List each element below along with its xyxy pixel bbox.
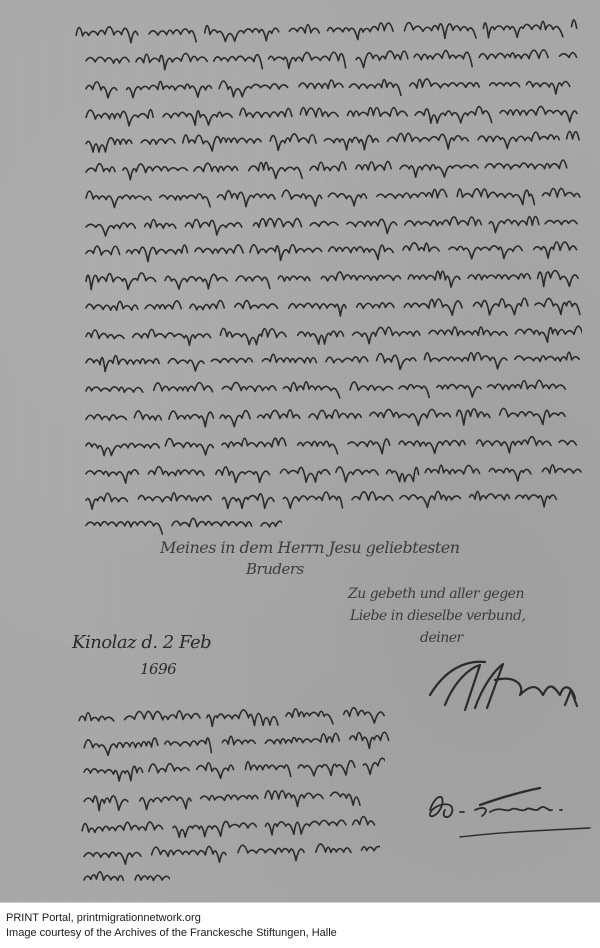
- handwriting-line: [82, 260, 582, 289]
- closing-line-4: Liebe in dieselbe verbund,: [350, 608, 525, 624]
- handwriting-line: [82, 39, 582, 70]
- signature-flourish: [425, 650, 585, 720]
- handwriting-line: [80, 833, 380, 865]
- handwriting-line: [82, 508, 282, 534]
- handwriting-line: [82, 68, 582, 98]
- handwriting-line: [80, 862, 170, 888]
- image-caption: PRINT Portal, printmigrationnetwork.org …: [6, 911, 337, 941]
- handwriting-line: [82, 426, 582, 455]
- handwriting-line: [82, 370, 582, 399]
- handwriting-line: [82, 178, 582, 207]
- handwriting-line: [82, 316, 582, 346]
- handwriting-line: [82, 481, 562, 510]
- letter-date-place: Kinolaz d. 2 Feb: [72, 632, 211, 653]
- handwriting-line: [82, 122, 582, 152]
- caption-credit: Image courtesy of the Archives of the Fr…: [6, 926, 337, 941]
- handwriting-line: [82, 342, 582, 371]
- signature-sproegel: [420, 780, 595, 840]
- handwriting-line: [82, 288, 582, 317]
- handwriting-line: [80, 779, 365, 811]
- handwriting-line: [82, 150, 582, 180]
- closing-line-1: Meines in dem Herrn Jesu geliebtesten: [160, 538, 460, 557]
- handwriting-line: [72, 10, 582, 43]
- handwriting-line: [82, 455, 582, 484]
- closing-line-2: Bruders: [246, 560, 304, 578]
- handwriting-line: [82, 232, 582, 262]
- closing-line-5: deiner: [420, 630, 463, 646]
- letter-date-year: 1696: [140, 660, 176, 678]
- handwriting-line: [82, 398, 582, 427]
- manuscript-scan: Meines in dem Herrn Jesu geliebtesten Br…: [0, 0, 600, 903]
- caption-source: PRINT Portal, printmigrationnetwork.org: [6, 911, 337, 926]
- closing-line-3: Zu gebeth und aller gegen: [348, 586, 524, 602]
